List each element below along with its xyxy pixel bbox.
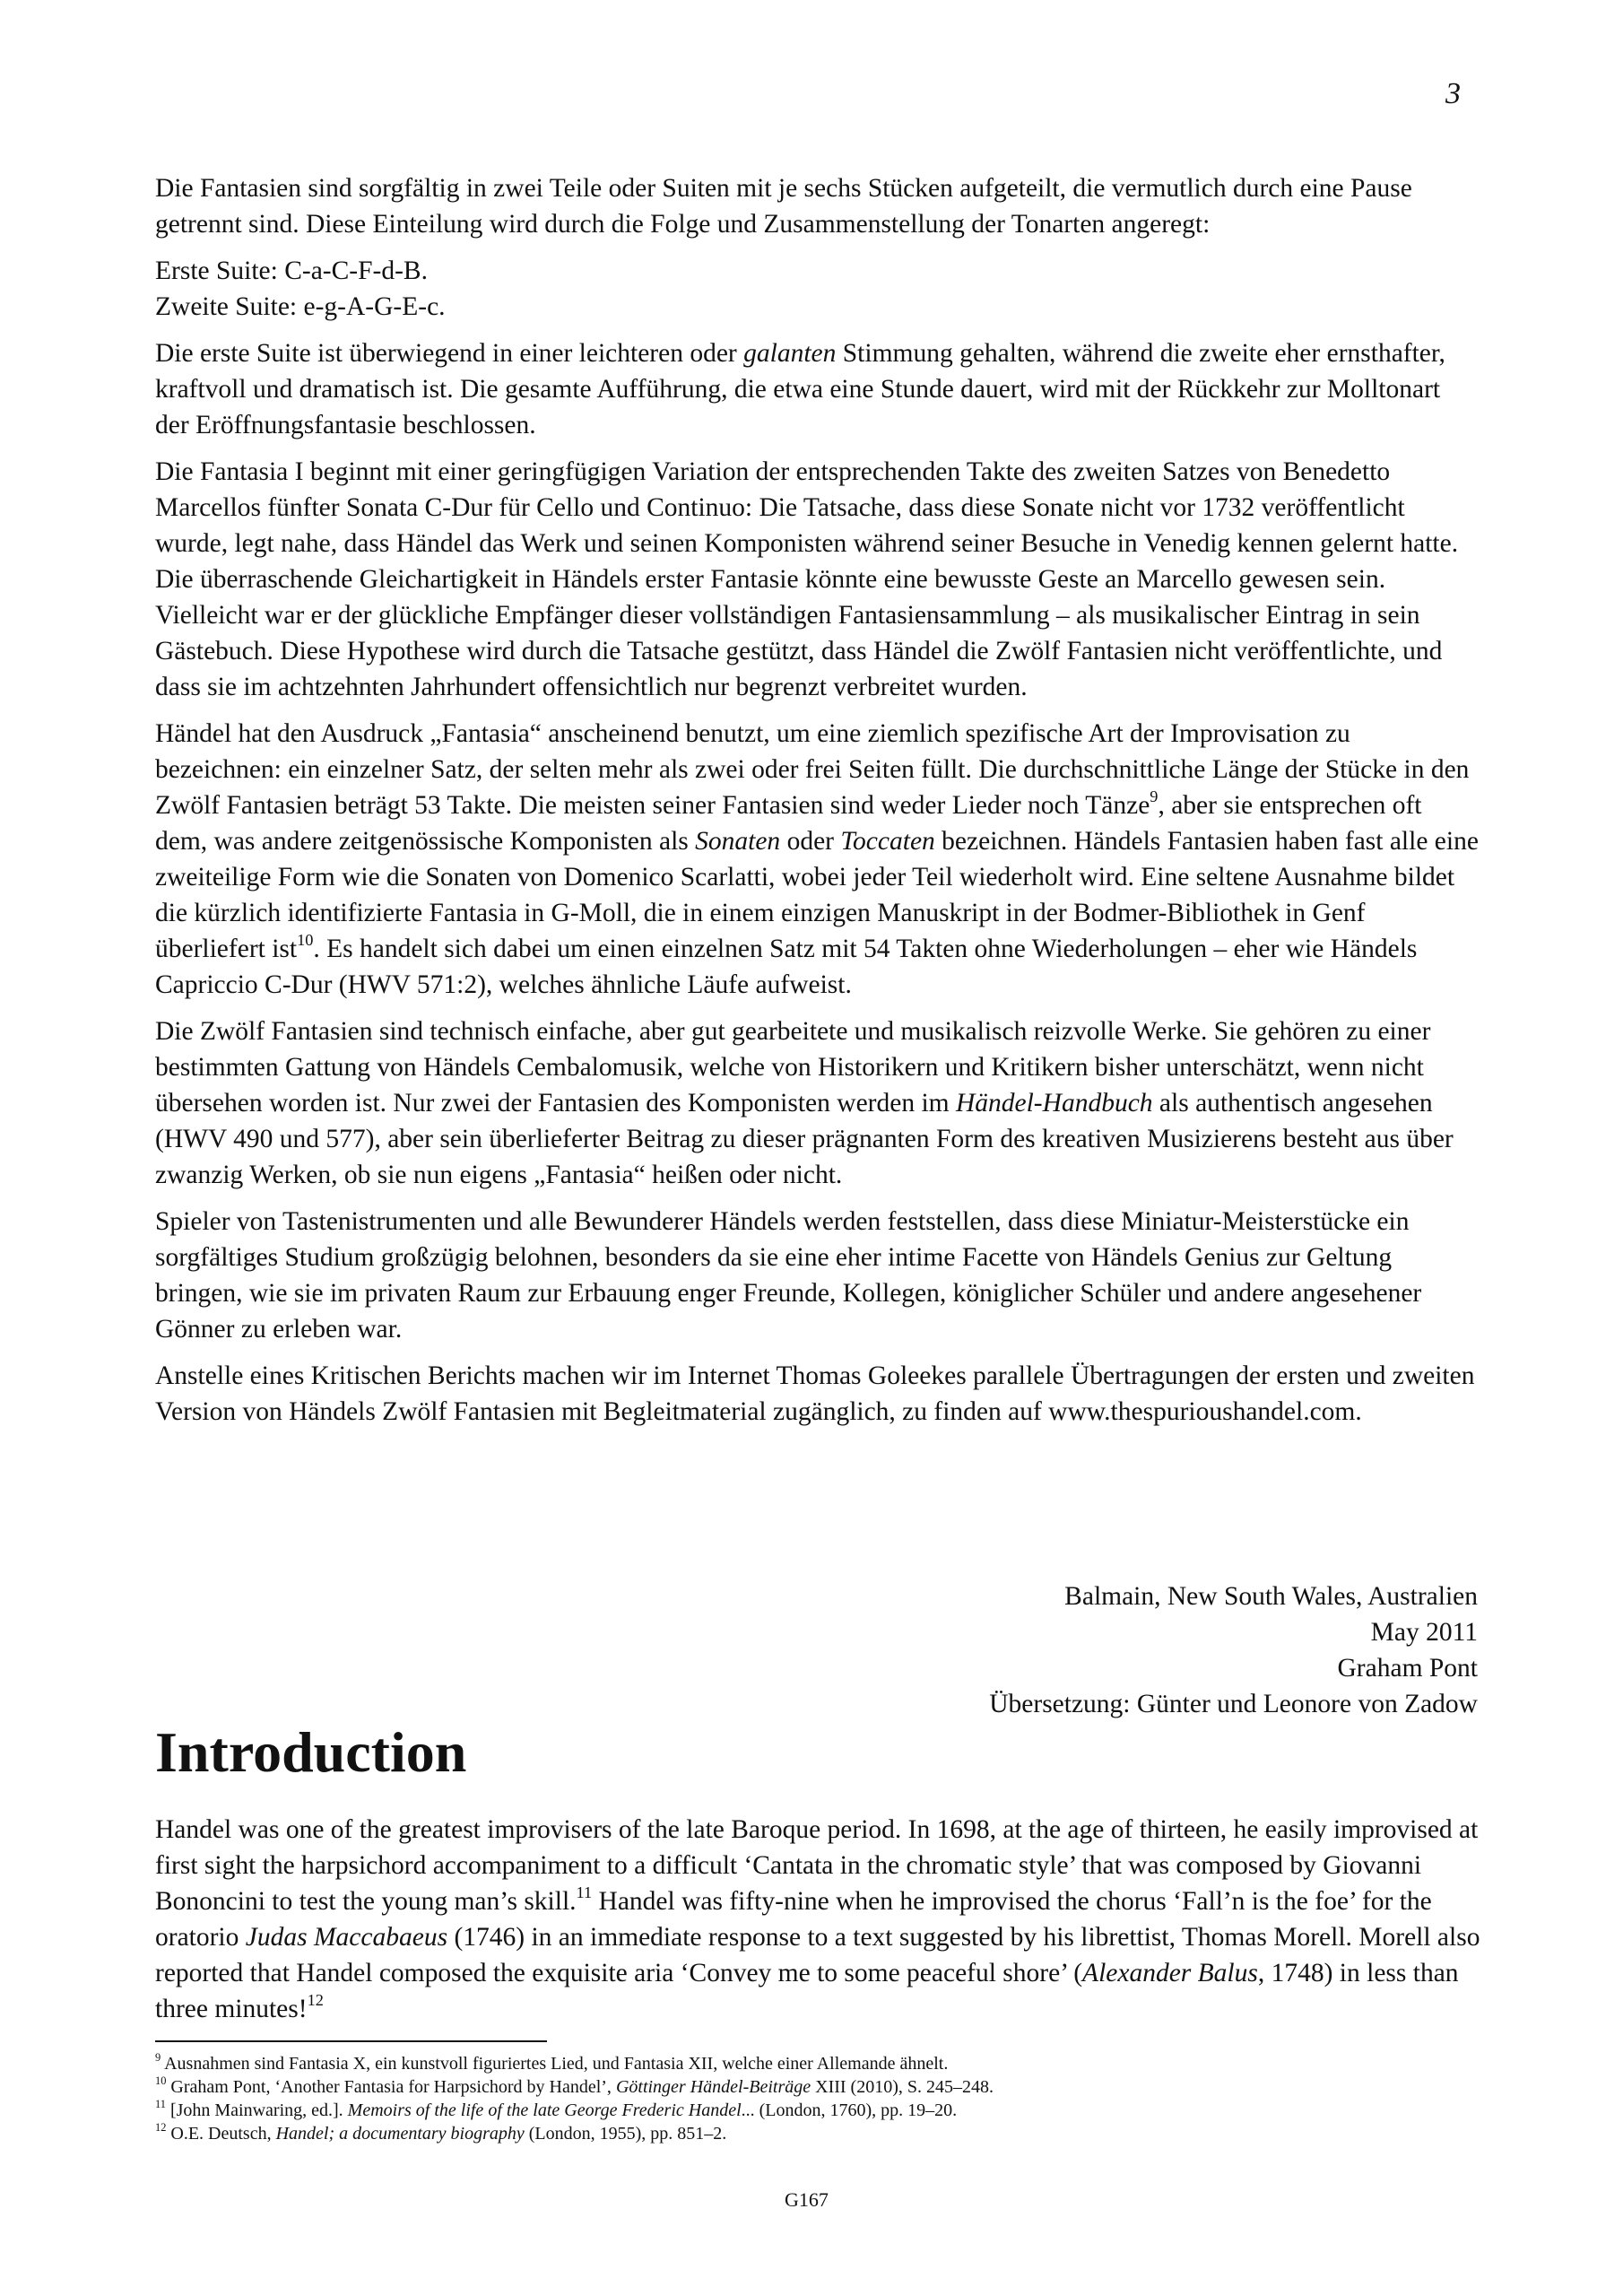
- paragraph-critical-report: Anstelle eines Kritischen Berichts mache…: [155, 1358, 1480, 1430]
- italic-title: Göttinger Händel-Beiträge: [616, 2077, 811, 2097]
- signature-block: Balmain, New South Wales, Australien May…: [989, 1578, 1478, 1722]
- footnote-11: 11 [John Mainwaring, ed.]. Memoirs of th…: [155, 2099, 1480, 2122]
- paragraph-suites-division: Die Fantasien sind sorgfältig in zwei Te…: [155, 170, 1480, 242]
- signature-author: Graham Pont: [989, 1650, 1478, 1686]
- paragraph-players: Spieler von Tastenistrumenten und alle B…: [155, 1204, 1480, 1347]
- footnote-ref-10[interactable]: 10: [297, 931, 313, 949]
- footnote-ref-12[interactable]: 12: [308, 1991, 324, 2009]
- footnote-12: 12 O.E. Deutsch, Handel; a documentary b…: [155, 2122, 1480, 2145]
- footnote-number: 11: [155, 2098, 166, 2110]
- paragraph-fantasia-term: Händel hat den Ausdruck „Fantasia“ ansch…: [155, 716, 1480, 1003]
- paragraph-marcello: Die Fantasia I beginnt mit einer geringf…: [155, 454, 1480, 705]
- text-run: . Es handelt sich dabei um einen einzeln…: [155, 935, 1417, 999]
- footnote-number: 10: [155, 2074, 166, 2087]
- section-heading-introduction: Introduction: [155, 1718, 466, 1787]
- signature-place: Balmain, New South Wales, Australien: [989, 1578, 1478, 1614]
- italic-term: Sonaten: [695, 827, 780, 856]
- footnote-text: (London, 1955), pp. 851–2.: [525, 2124, 727, 2144]
- italic-term: Toccaten: [840, 827, 934, 856]
- italic-term: galanten: [743, 339, 836, 368]
- footnote-9: 9 Ausnahmen sind Fantasia X, ein kunstvo…: [155, 2052, 1480, 2075]
- footnote-divider: [155, 2040, 547, 2042]
- signature-date: May 2011: [989, 1614, 1478, 1650]
- italic-title: Handel; a documentary biography: [276, 2124, 525, 2144]
- paragraph-suite-character: Die erste Suite ist überwiegend in einer…: [155, 335, 1480, 443]
- footnote-text: [John Mainwaring, ed.].: [166, 2100, 348, 2120]
- footnote-text: Graham Pont, ‘Another Fantasia for Harps…: [166, 2077, 616, 2097]
- footnote-ref-11[interactable]: 11: [577, 1883, 593, 1901]
- text-run: Die erste Suite ist überwiegend in einer…: [155, 339, 743, 368]
- first-suite-keys: Erste Suite: C-a-C-F-d-B.: [155, 253, 1480, 289]
- page-number: 3: [1445, 77, 1461, 111]
- signature-translation: Übersetzung: Günter und Leonore von Zado…: [989, 1686, 1478, 1722]
- german-preface-body: Die Fantasien sind sorgfältig in zwei Te…: [155, 170, 1480, 1440]
- footer-code: G167: [785, 2188, 829, 2212]
- footnote-text: ... (London, 1760), pp. 19–20.: [742, 2100, 958, 2120]
- italic-title: Händel-Handbuch: [956, 1089, 1153, 1118]
- footnote-text: XIII (2010), S. 245–248.: [811, 2077, 994, 2097]
- italic-title: Alexander Balus: [1082, 1959, 1258, 1987]
- second-suite-keys: Zweite Suite: e-g-A-G-E-c.: [155, 289, 1480, 325]
- italic-title: Judas Maccabaeus: [246, 1923, 447, 1952]
- footnote-number: 9: [155, 2051, 161, 2064]
- footnotes: 9 Ausnahmen sind Fantasia X, ein kunstvo…: [155, 2052, 1480, 2145]
- italic-title: Memoirs of the life of the late George F…: [348, 2100, 742, 2120]
- footnote-number: 12: [155, 2121, 166, 2134]
- footnote-ref-9[interactable]: 9: [1150, 787, 1158, 805]
- footnote-text: Ausnahmen sind Fantasia X, ein kunstvoll…: [161, 2054, 948, 2074]
- footnote-10: 10 Graham Pont, ‘Another Fantasia for Ha…: [155, 2075, 1480, 2099]
- text-run: oder: [780, 827, 840, 856]
- paragraph-handbuch: Die Zwölf Fantasien sind technisch einfa…: [155, 1013, 1480, 1193]
- paragraph-introduction: Handel was one of the greatest improvise…: [155, 1812, 1480, 2027]
- footnote-text: O.E. Deutsch,: [166, 2124, 275, 2144]
